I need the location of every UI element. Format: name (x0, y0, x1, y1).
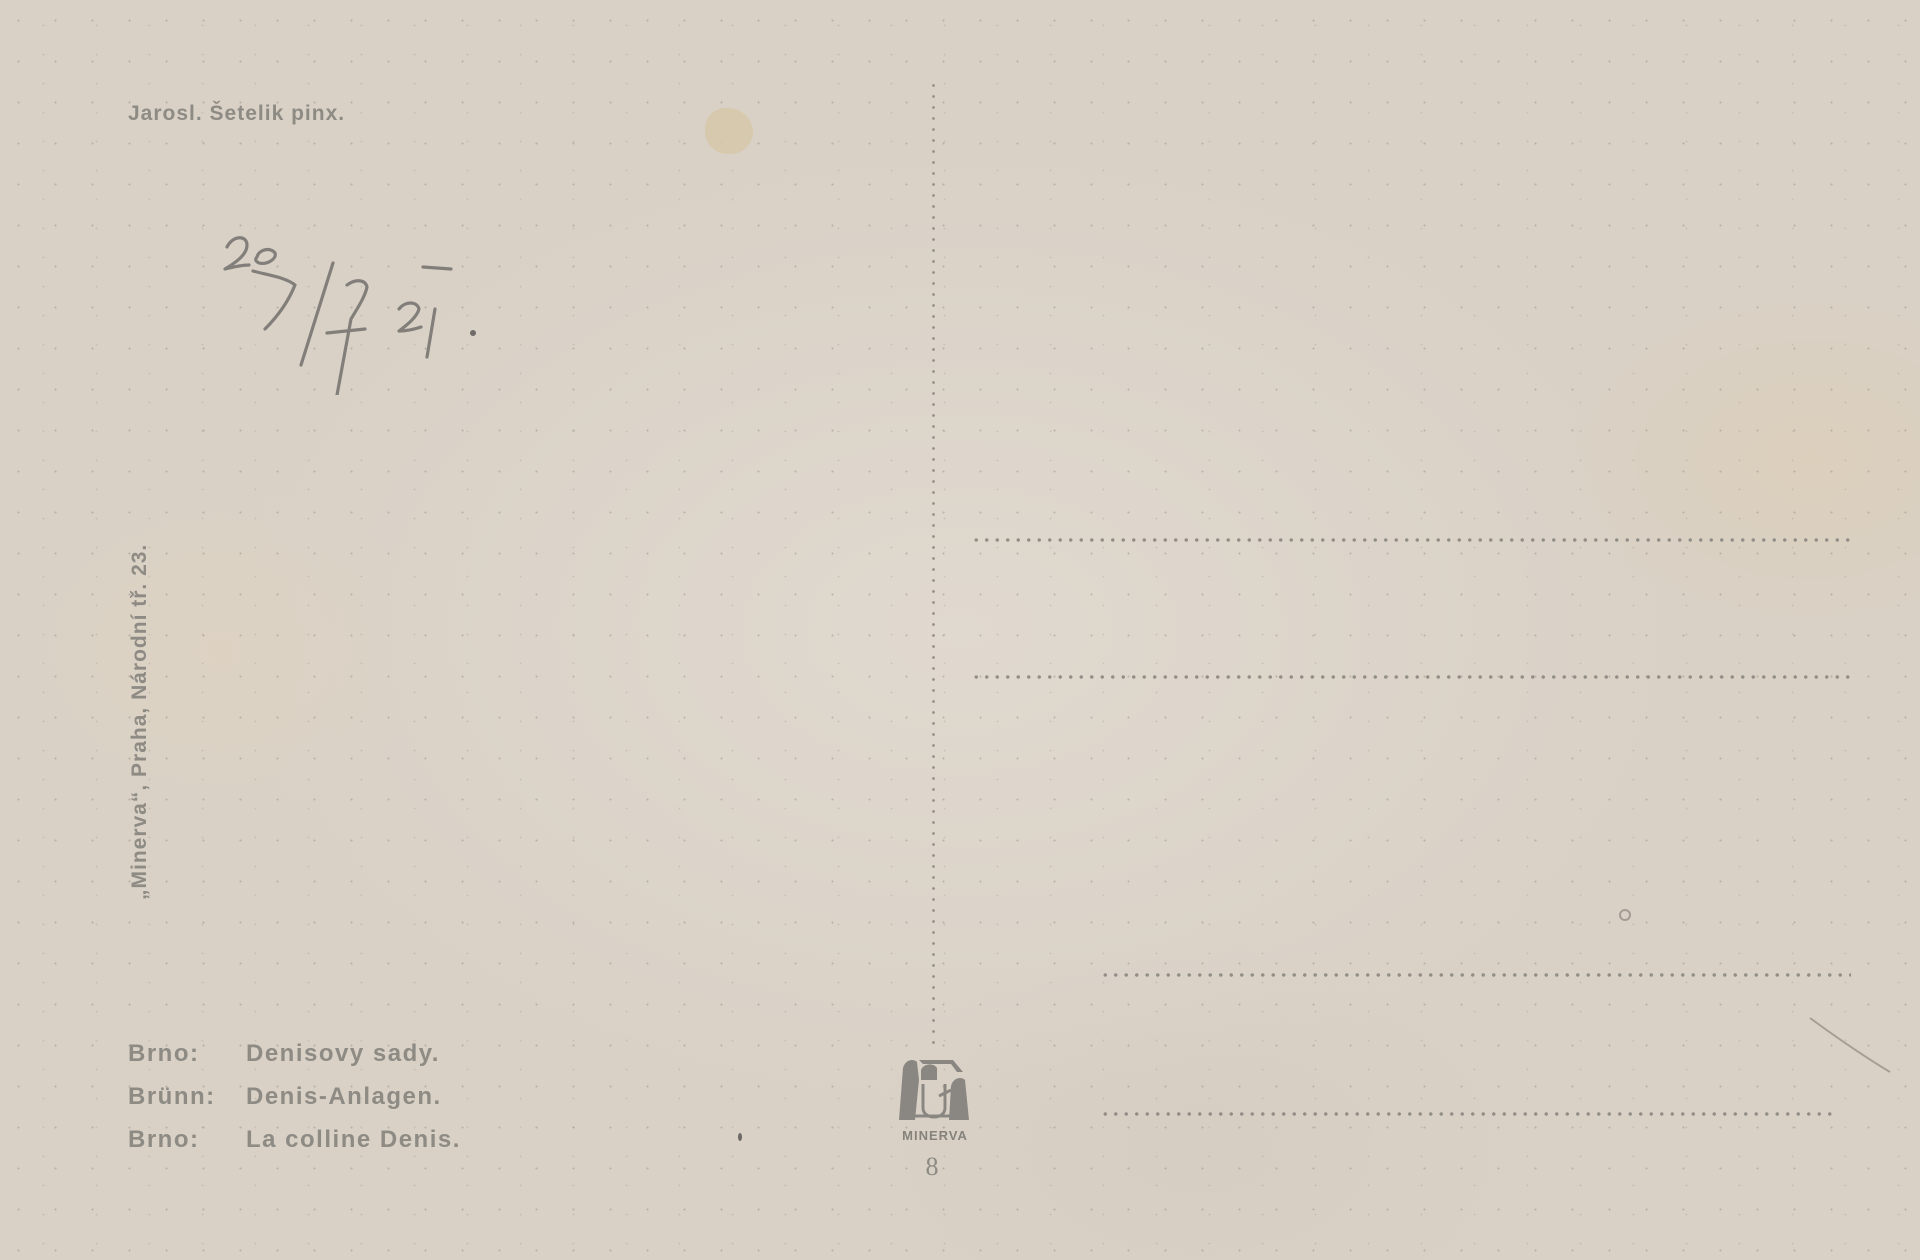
paper-speck (1610, 900, 1640, 930)
caption-title: La colline Denis. (246, 1126, 461, 1153)
caption-place: Brno: (128, 1040, 246, 1068)
handwritten-date: 20/7 21. (215, 225, 485, 395)
artist-credit: Jarosl. Šetelik pinx. (128, 102, 345, 126)
publisher-imprint: „Minerva“, Praha, Národní tř. 23. (128, 544, 152, 900)
caption-french: Brno:La colline Denis. (128, 1126, 461, 1154)
ink-dot (735, 1130, 745, 1144)
address-line-1 (971, 538, 1851, 542)
postcard-back: Jarosl. Šetelik pinx. 20/7 21. „Minerva“… (0, 0, 1920, 1260)
divider-dotted-vertical (932, 80, 935, 1045)
address-line-3 (1100, 973, 1851, 977)
caption-title: Denis-Anlagen. (246, 1083, 442, 1110)
address-line-2 (971, 675, 1851, 679)
caption-place: Brünn: (128, 1083, 246, 1111)
paper-stain (705, 108, 753, 154)
caption-german: Brünn:Denis-Anlagen. (128, 1083, 442, 1111)
caption-czech: Brno:Denisovy sady. (128, 1040, 440, 1068)
card-number: 8 (915, 1152, 949, 1182)
paper-scratch (1790, 1000, 1910, 1080)
logo-wordmark: MINERVA (895, 1128, 975, 1143)
caption-place: Brno: (128, 1126, 246, 1154)
caption-title: Denisovy sady. (246, 1040, 440, 1067)
address-line-4 (1100, 1112, 1837, 1116)
